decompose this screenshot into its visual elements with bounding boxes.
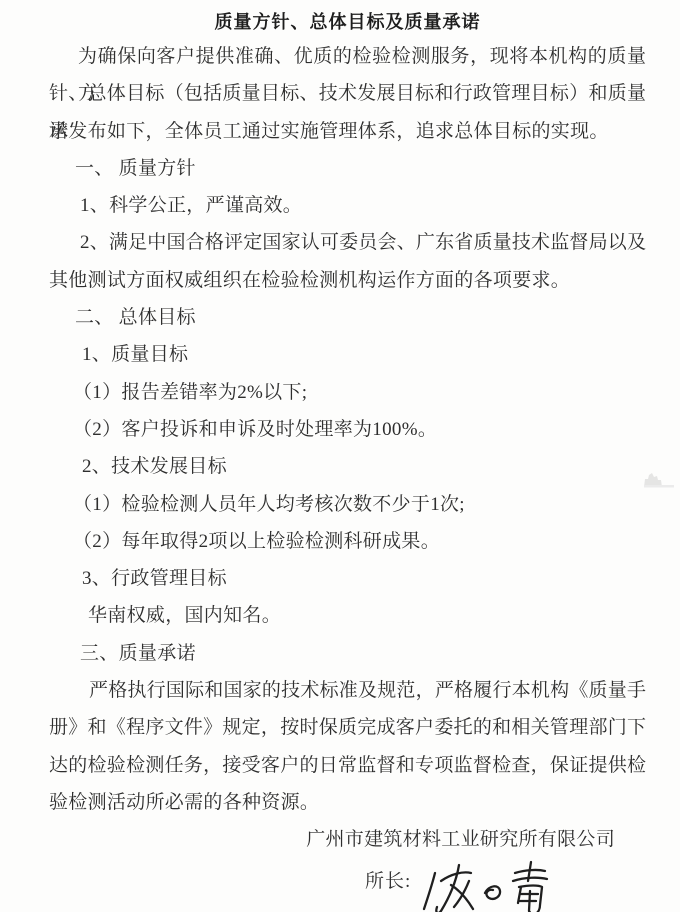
document-line: 其他测试方面权威组织在检验检测机构运作方面的各项要求。 <box>49 262 646 299</box>
director-label: 所长: <box>365 866 411 893</box>
signature-row: 所长: <box>49 859 646 911</box>
document-line: 一、 质量方针 <box>49 150 646 187</box>
document-line: 诺发布如下，全体员工通过实施管理体系，追求总体目标的实现。 <box>49 113 646 150</box>
document-body: 为确保向客户提供准确、优质的检验检测服务，现将本机构的质量方针、总体目标（包括质… <box>49 38 646 821</box>
document-line: 2、技术发展目标 <box>49 448 646 485</box>
document-line: （2）每年取得2项以上检验检测科研成果。 <box>49 523 646 560</box>
document-line: 1、质量目标 <box>49 336 646 373</box>
document-line: 达的检验检测任务，接受客户的日常监督和专项监督检查，保证提供检 <box>49 747 646 784</box>
document-title: 质量方针、总体目标及质量承诺 <box>49 6 646 38</box>
signature-icon <box>421 859 591 912</box>
document-line: 3、行政管理目标 <box>49 560 646 597</box>
document-line: 2、满足中国合格评定国家认可委员会、广东省质量技术监督局以及 <box>49 224 646 261</box>
document-line: 验检测活动所必需的各种资源。 <box>49 784 646 821</box>
document-line: 为确保向客户提供准确、优质的检验检测服务，现将本机构的质量方 <box>49 38 646 75</box>
document-line: 三、质量承诺 <box>49 635 646 672</box>
document-line: （2）客户投诉和申诉及时处理率为100%。 <box>49 411 646 448</box>
document-line: （1）检验检测人员年人均考核次数不少于1次; <box>49 486 646 523</box>
document-line: 华南权威，国内知名。 <box>49 597 646 634</box>
document-line: （1）报告差错率为2%以下; <box>49 374 646 411</box>
company-name: 广州市建筑材料工业研究所有限公司 <box>49 821 646 858</box>
document-line: 严格执行国际和国家的技术标准及规范，严格履行本机构《质量手 <box>49 672 646 709</box>
scanned-document-page: 质量方针、总体目标及质量承诺 为确保向客户提供准确、优质的检验检测服务，现将本机… <box>0 0 680 912</box>
document-line: 针、总体目标（包括质量目标、技术发展目标和行政管理目标）和质量承 <box>49 75 646 112</box>
watermark-smudge-icon <box>640 471 674 489</box>
document-line: 1、科学公正，严谨高效。 <box>49 187 646 224</box>
document-line: 册》和《程序文件》规定，按时保质完成客户委托的和相关管理部门下 <box>49 709 646 746</box>
document-content: 质量方针、总体目标及质量承诺 为确保向客户提供准确、优质的检验检测服务，现将本机… <box>49 6 646 911</box>
document-line: 二、 总体目标 <box>49 299 646 336</box>
